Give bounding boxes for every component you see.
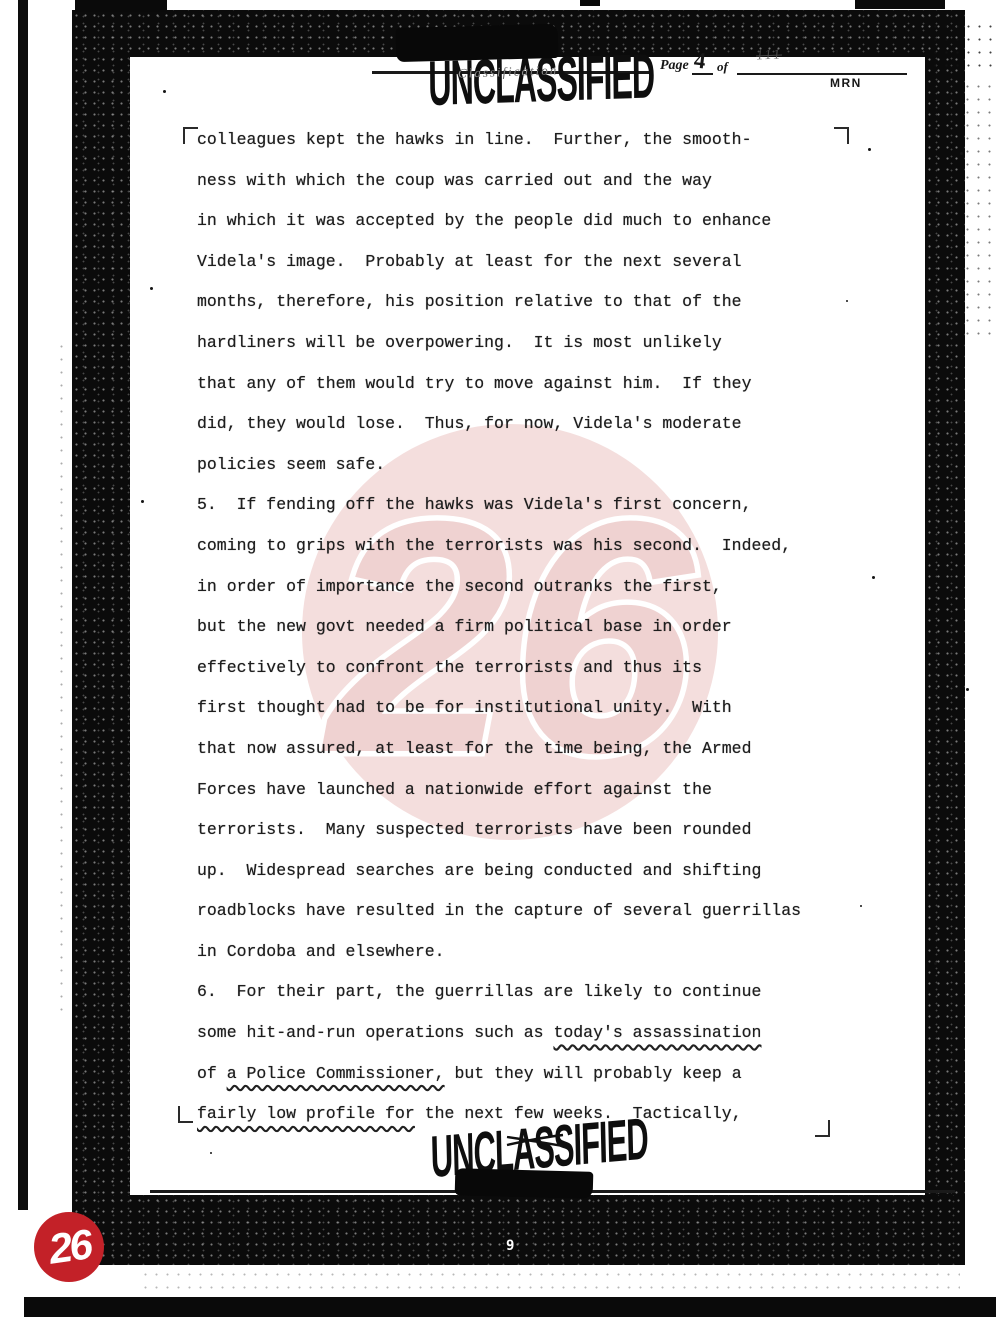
- typewritten-text: colleagues kept the hawks in line. Furth…: [197, 120, 837, 1135]
- crop-mark-bottom-left: [178, 1106, 193, 1123]
- text-line: roadblocks have resulted in the capture …: [197, 891, 837, 932]
- scan-noise: [140, 1268, 960, 1294]
- text-line: ness with which the coup was carried out…: [197, 161, 837, 202]
- ink-speck: [846, 300, 848, 302]
- text-line: policies seem safe.: [197, 445, 837, 486]
- scan-edge-strip-bottom: [24, 1297, 996, 1317]
- text-line: that now assured, at least for the time …: [197, 729, 837, 770]
- badge-number: 26: [45, 1220, 92, 1273]
- text-line: in Cordoba and elsewhere.: [197, 932, 837, 973]
- ink-speck: [957, 420, 960, 423]
- redaction-blob-bottom: [455, 1168, 594, 1199]
- ink-speck: [163, 90, 166, 93]
- text-line: up. Widespread searches are being conduc…: [197, 851, 837, 892]
- mrn-label: MRN: [830, 76, 862, 90]
- stamp-scribble: [505, 1132, 565, 1150]
- scan-noise: [962, 80, 994, 340]
- text-line: months, therefore, his position relative…: [197, 282, 837, 323]
- text-line: that any of them would try to move again…: [197, 364, 837, 405]
- text-line: 5. If fending off the hawks was Videla's…: [197, 485, 837, 526]
- frame-bar-bottom: [72, 1195, 965, 1265]
- scan-edge-mark: [580, 0, 600, 6]
- ink-speck: [108, 728, 111, 731]
- text-line: first thought had to be for institutiona…: [197, 688, 837, 729]
- text-line: in which it was accepted by the people d…: [197, 201, 837, 242]
- mrn-blank: [737, 73, 907, 75]
- scan-edge-strip-left: [18, 0, 28, 1210]
- ink-speck: [934, 962, 937, 965]
- ink-speck: [128, 312, 130, 314]
- ink-speck: [100, 560, 102, 562]
- scan-noise: [56, 340, 68, 1020]
- ink-speck: [860, 905, 862, 907]
- frame-white-mark: 9: [506, 1238, 514, 1254]
- of-label: of: [717, 59, 728, 75]
- crop-mark-top-left: [183, 127, 198, 144]
- ink-speck: [966, 688, 969, 691]
- text-line: of a Police Commissioner, but they will …: [197, 1054, 837, 1095]
- scan-edge-mark: [855, 0, 945, 9]
- text-line: Videla's image. Probably at least for th…: [197, 242, 837, 283]
- handwritten-page-number: 4: [692, 47, 707, 74]
- ink-speck: [952, 1108, 955, 1111]
- text-line: colleagues kept the hawks in line. Furth…: [197, 120, 837, 161]
- text-line: effectively to confront the terrorists a…: [197, 648, 837, 689]
- text-line: some hit-and-run operations such as toda…: [197, 1013, 837, 1054]
- ink-speck: [141, 500, 144, 503]
- handwritten-of-value: 111: [755, 48, 783, 65]
- scan-noise: [930, 20, 994, 68]
- text-line: in order of importance the second outran…: [197, 567, 837, 608]
- text-line: Forces have launched a nationwide effort…: [197, 770, 837, 811]
- text-line: 6. For their part, the guerrillas are li…: [197, 972, 837, 1013]
- text-line: hardliners will be overpowering. It is m…: [197, 323, 837, 364]
- text-line: but the new govt needed a firm political…: [197, 607, 837, 648]
- text-line: did, they would lose. Thus, for now, Vid…: [197, 404, 837, 445]
- ink-speck: [872, 576, 875, 579]
- ink-speck: [150, 287, 153, 290]
- ink-speck: [210, 1152, 212, 1154]
- text-line: coming to grips with the terrorists was …: [197, 526, 837, 567]
- page-label: Page: [660, 58, 689, 74]
- text-line: terrorists. Many suspected terrorists ha…: [197, 810, 837, 851]
- frame-bar-right: [925, 10, 965, 1265]
- scan-edge-mark: [75, 0, 167, 12]
- channel-26-badge: 26: [34, 1212, 104, 1282]
- ink-speck: [868, 148, 871, 151]
- redaction-blob-top: [396, 24, 559, 62]
- scanned-document-page: 26 Page 4 of 111 MRN UNCLASSIFIED Classi…: [0, 0, 996, 1320]
- frame-bar-left: [72, 10, 130, 1265]
- ink-speck: [960, 152, 963, 155]
